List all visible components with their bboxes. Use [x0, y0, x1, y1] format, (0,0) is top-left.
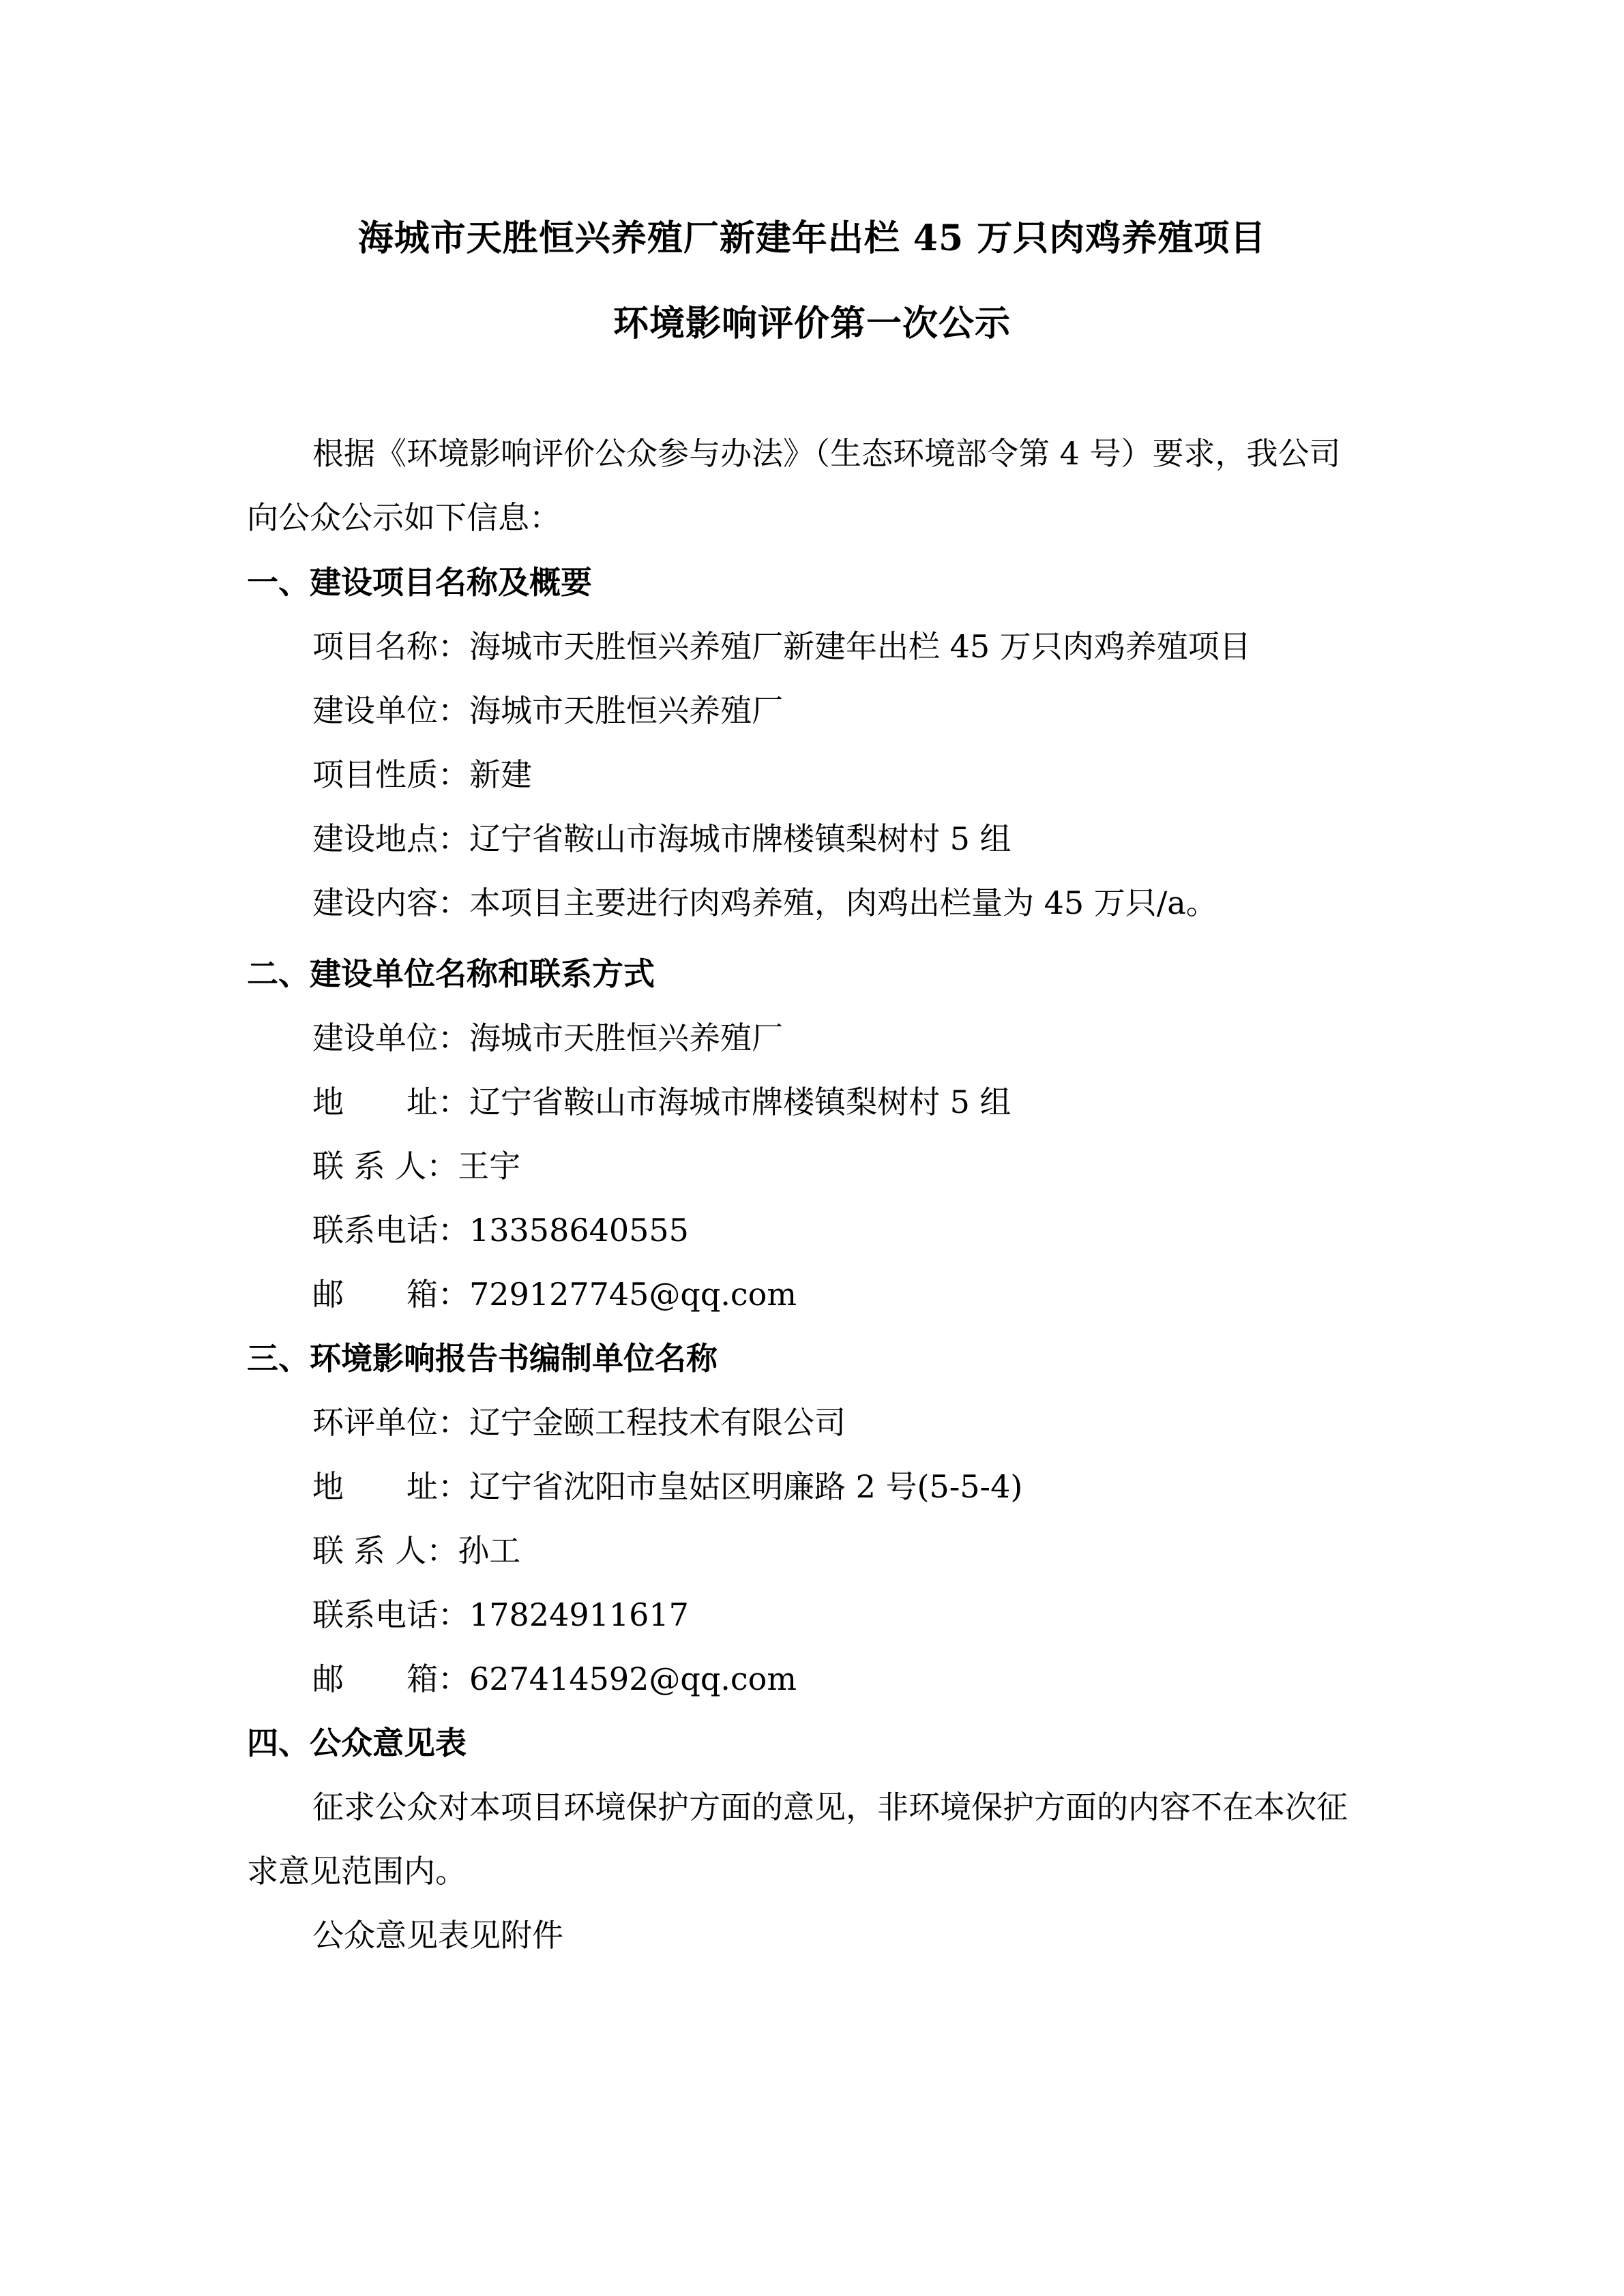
section3-heading: 三、环境影响报告书编制单位名称: [247, 1339, 718, 1377]
field-label: 建设单位：: [312, 1019, 469, 1056]
section3-item: 地 址：辽宁省沈阳市皇姑区明廉路 2 号(5-5-4): [312, 1467, 1022, 1506]
field-value: 海城市天胜恒兴养殖厂: [469, 1019, 783, 1056]
document-title-line1: 海城市天胜恒兴养殖厂新建年出栏 45 万只肉鸡养殖项目: [0, 218, 1624, 259]
field-value: 627414592@qq.com: [469, 1660, 797, 1697]
field-value: 辽宁金颐工程技术有限公司: [469, 1404, 846, 1441]
intro-paragraph-line1: 根据《环境影响评价公众参与办法》（生态环境部令第 4 号）要求，我公司: [312, 434, 1341, 473]
field-label: 建设地点：: [312, 820, 469, 857]
section3-item: 联系电话：17824911617: [312, 1596, 689, 1634]
section2-item: 联 系 人：王宇: [312, 1147, 520, 1185]
document-page: 海城市天胜恒兴养殖厂新建年出栏 45 万只肉鸡养殖项目 环境影响评价第一次公示 …: [0, 0, 1624, 2296]
section4-paragraph-line2: 求意见范围内。: [247, 1852, 467, 1890]
section4-attachment-note: 公众意见表见附件: [312, 1916, 563, 1954]
field-label: 邮 箱：: [312, 1660, 469, 1697]
field-label: 联 系 人：: [312, 1148, 458, 1184]
field-label: 建设内容：: [312, 884, 469, 921]
section2-heading: 二、建设单位名称和联系方式: [247, 955, 655, 993]
field-label: 联系电话：: [312, 1596, 469, 1633]
field-label: 邮 箱：: [312, 1276, 469, 1313]
intro-paragraph-line2: 向公众公示如下信息：: [247, 498, 561, 537]
section1-item: 项目性质：新建: [312, 756, 532, 794]
section3-item: 联 系 人：孙工: [312, 1532, 520, 1570]
section1-item: 建设地点：辽宁省鞍山市海城市牌楼镇梨树村 5 组: [312, 820, 1012, 858]
section4-paragraph-line1: 征求公众对本项目环境保护方面的意见，非环境保护方面的内容不在本次征: [312, 1788, 1348, 1826]
field-label: 地 址：: [312, 1468, 469, 1505]
section1-item: 项目名称：海城市天胜恒兴养殖厂新建年出栏 45 万只肉鸡养殖项目: [312, 627, 1251, 666]
field-value: 海城市天胜恒兴养殖厂新建年出栏 45 万只肉鸡养殖项目: [469, 628, 1251, 665]
field-value: 辽宁省鞍山市海城市牌楼镇梨树村 5 组: [469, 1084, 1012, 1120]
section2-item: 地 址：辽宁省鞍山市海城市牌楼镇梨树村 5 组: [312, 1083, 1012, 1121]
section2-item: 建设单位：海城市天胜恒兴养殖厂: [312, 1019, 783, 1057]
field-value: 13358640555: [469, 1212, 689, 1249]
section2-item: 邮 箱：729127745@qq.com: [312, 1275, 797, 1313]
field-label: 联 系 人：: [312, 1532, 458, 1569]
field-value: 辽宁省沈阳市皇姑区明廉路 2 号(5-5-4): [469, 1468, 1022, 1505]
field-label: 项目名称：: [312, 628, 469, 665]
field-value: 海城市天胜恒兴养殖厂: [469, 692, 783, 729]
section2-item: 联系电话：13358640555: [312, 1211, 689, 1249]
field-value: 王宇: [458, 1148, 520, 1184]
section3-item: 环评单位：辽宁金颐工程技术有限公司: [312, 1403, 846, 1442]
section3-item: 邮 箱：627414592@qq.com: [312, 1660, 797, 1698]
field-value: 辽宁省鞍山市海城市牌楼镇梨树村 5 组: [469, 820, 1012, 857]
field-label: 地 址：: [312, 1084, 469, 1120]
section1-item: 建设内容：本项目主要进行肉鸡养殖，肉鸡出栏量为 45 万只/a。: [312, 884, 1217, 922]
document-title-line2: 环境影响评价第一次公示: [0, 303, 1624, 344]
field-value: 孙工: [458, 1532, 520, 1569]
field-value: 17824911617: [469, 1596, 689, 1633]
field-value: 729127745@qq.com: [469, 1276, 797, 1313]
field-label: 联系电话：: [312, 1212, 469, 1249]
field-label: 建设单位：: [312, 692, 469, 729]
section4-heading: 四、公众意见表: [247, 1724, 467, 1762]
field-value: 本项目主要进行肉鸡养殖，肉鸡出栏量为 45 万只/a。: [469, 884, 1217, 921]
field-label: 环评单位：: [312, 1404, 469, 1441]
section1-heading: 一、建设项目名称及概要: [247, 563, 592, 601]
field-value: 新建: [469, 756, 532, 793]
section1-item: 建设单位：海城市天胜恒兴养殖厂: [312, 691, 783, 730]
field-label: 项目性质：: [312, 756, 469, 793]
